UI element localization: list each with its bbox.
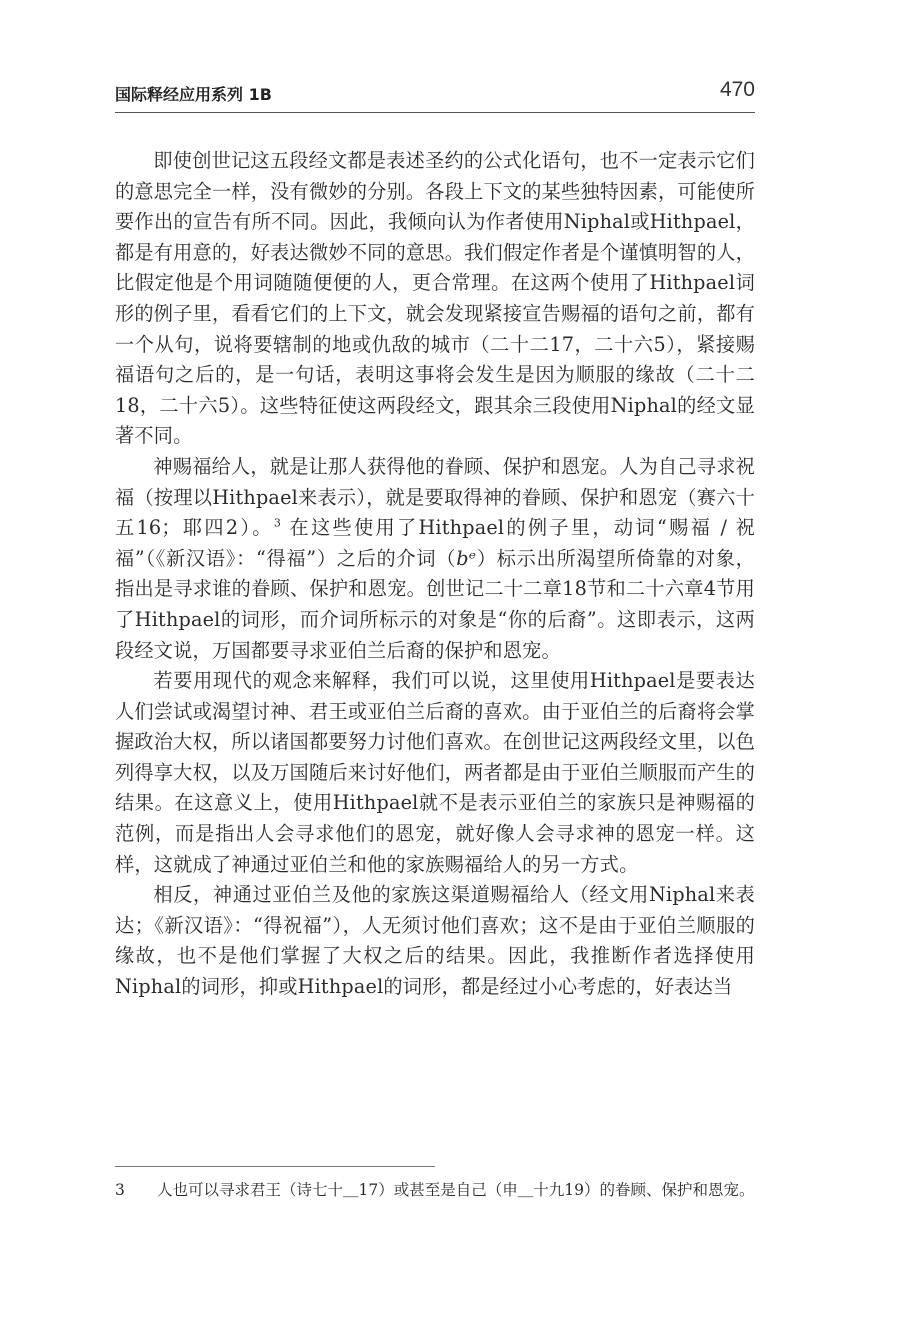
footnote-number: 3 [115,1178,125,1203]
page-number: 470 [720,78,755,102]
paragraph-4: 相反，神通过亚伯兰及他的家族这渠道赐福给人（经文用Niphal来表达；《新汉语》… [115,880,755,1002]
footnote-ref-3[interactable]: 3 [274,517,281,530]
hebrew-preposition: bᵉ [456,547,476,570]
running-header: 国际释经应用系列 1B 470 [115,78,755,113]
footnote-3: 3 人也可以寻求君王（诗七十＿17）或甚至是自己（申＿十九19）的眷顾、保护和恩… [115,1178,755,1203]
book-series-title: 国际释经应用系列 1B [115,82,272,105]
paragraph-3: 若要用现代的观念来解释，我们可以说，这里使用Hithpael是要表达人们尝试或渴… [115,666,755,880]
footnote-text: 人也可以寻求君王（诗七十＿17）或甚至是自己（申＿十九19）的眷顾、保护和恩宠。 [157,1178,755,1203]
paragraph-1: 即使创世记这五段经文都是表述圣约的公式化语句，也不一定表示它们的意思完全一样，没… [115,146,755,452]
footnote-divider [115,1166,435,1167]
main-text: 即使创世记这五段经文都是表述圣约的公式化语句，也不一定表示它们的意思完全一样，没… [115,146,755,1003]
paragraph-2: 神赐福给人，就是让那人获得他的眷顾、保护和恩宠。人为自己寻求祝福（按理以Hith… [115,452,755,666]
